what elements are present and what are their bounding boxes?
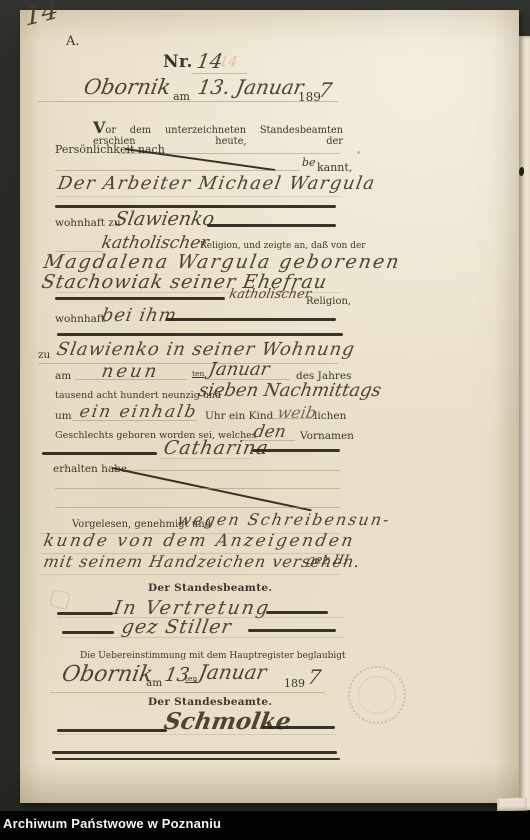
ruled-line [38, 101, 338, 102]
birth-time-entry: ein einhalb [78, 402, 199, 422]
ruled-line [270, 418, 315, 419]
child-name-entry: Catharina [162, 437, 271, 459]
religion-clause: Religion, und zeigte an, daß von der [200, 241, 366, 251]
entry-line [42, 452, 157, 455]
cert-ten-suffix: ten [185, 674, 197, 683]
date-entry: 13. Januar [196, 75, 306, 99]
ten-suffix: ten [192, 369, 204, 378]
registrar-heading: Der Standesbeamte. [148, 582, 272, 594]
ruled-line [55, 196, 340, 197]
record-number-faint: 14 [218, 54, 239, 70]
mother-religion-entry: katholischer [228, 287, 312, 302]
entry-line [55, 297, 225, 300]
entry-line [266, 611, 328, 614]
ruled-line [55, 507, 340, 508]
archive-watermark: Archiwum Państwowe w Poznaniu [3, 816, 221, 831]
father-religion-entry: katholischer [100, 233, 210, 253]
entry-line [252, 449, 340, 452]
vornamen-label: Vornamen [300, 430, 354, 442]
ruled-line [50, 692, 325, 693]
entry-line [57, 612, 113, 615]
ruled-line [55, 170, 300, 171]
residence-entry: Slawienko [113, 208, 216, 230]
closing-double-line-top [52, 751, 337, 754]
year-words-entry: sieben Nachmittags [197, 380, 383, 401]
birth-month-entry: Januar [207, 359, 271, 380]
entry-line [166, 318, 336, 321]
ruled-line [160, 458, 250, 459]
cert-signature: Schmolke [162, 708, 293, 735]
entry-line [207, 224, 336, 227]
religion-word: Religion, [306, 296, 351, 307]
archive-footer-bar: Archiwum Państwowe w Poznaniu [0, 811, 530, 840]
ruled-line [55, 488, 340, 489]
cert-year-printed: 189 [284, 677, 305, 690]
uhr-ein-kind-label: Uhr ein Kind [205, 410, 273, 422]
ruled-line [60, 637, 345, 638]
entry-line [57, 729, 167, 732]
next-page-corner [497, 797, 527, 811]
record-number-label: Nr. [163, 52, 193, 72]
closing-double-line-bottom [55, 758, 340, 760]
cert-month-entry: Januar [197, 660, 268, 684]
gender-entry: weib [276, 403, 318, 422]
closing-handwritten-line2: kunde von dem Anzeigenden [42, 531, 357, 551]
birth-day-entry: neun [100, 361, 161, 382]
be-label: be [302, 156, 316, 169]
declarant-entry: Der Arbeiter Michael Wargula [56, 173, 377, 194]
lichen-label: lichen [314, 410, 346, 422]
wohnhaft-entry: bei ihm [100, 305, 179, 326]
birth-place-entry: Slawienko in seiner Wohnung [55, 339, 357, 360]
entry-line [57, 333, 343, 336]
um-label: um [55, 410, 72, 422]
closing-handwritten-line1: wegen Schreibensun- [176, 510, 392, 529]
registrar-signature: gez Stiller [120, 616, 234, 638]
wohnhaft-zu-label: wohnhaft zu [55, 217, 121, 229]
mother-name-entry-line1: Magdalena Wargula geborenen [42, 251, 402, 273]
entry-line [62, 631, 114, 634]
form-letter: A. [66, 34, 80, 49]
document-scan: 14 A. Nr. 14 14 Obornik am 13. Januar 18… [0, 0, 530, 840]
entry-line [248, 629, 336, 632]
place-entry: Obornik [82, 75, 173, 99]
registrar-heading-2: Der Standesbeamte. [148, 696, 272, 708]
ruled-line [112, 470, 340, 471]
cert-am-label: am [146, 677, 162, 689]
ruled-line [57, 734, 337, 735]
persoenlichkeit-label: Persönlichkeit nach [55, 143, 165, 156]
am-label: am [55, 370, 71, 382]
gez-marks: gez III [305, 553, 350, 568]
ruled-line [38, 363, 338, 364]
ruled-line [40, 574, 340, 575]
wohnhaft-label: wohnhaft [55, 313, 105, 325]
entry-line [262, 726, 335, 729]
cert-place-entry: Obornik [60, 662, 155, 687]
ruled-line [192, 73, 247, 74]
zu-label: zu [38, 349, 50, 361]
paper-speck [357, 151, 360, 154]
next-page-edge [519, 36, 530, 810]
